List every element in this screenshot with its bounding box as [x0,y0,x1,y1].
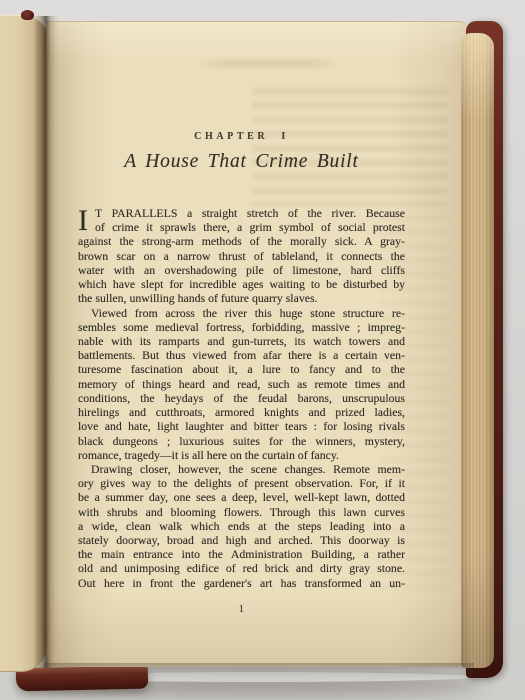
spine-headband [21,10,34,20]
body-line: romance, tragedy—it is all here on the c… [78,448,405,462]
body-line: of crime it sprawls there, a grim symbol… [78,220,405,234]
body-line: love and hate, light laughter and bitter… [78,419,405,433]
body-line: stately doorway, broad and high and arch… [78,533,405,547]
body-line: a wide, clean walk which ends at the ste… [78,519,405,533]
body-line: hirelings and cutthroats, armored knight… [78,405,405,419]
chapter-heading: CHAPTER I [78,131,405,142]
body-line: old and unimposing edifice of red brick … [78,561,405,575]
body-line: black dungeons ; luxurious suites for th… [78,434,405,448]
body-line: against the strong-arm methods of the mo… [78,234,405,248]
body-line: battlements. But thus viewed from afar t… [78,348,405,362]
body-line: conditions, the heydays of the feudal ba… [78,391,405,405]
body-line: the main entrance into the Administratio… [78,547,405,561]
body-line: water with an overshadowing pile of lime… [78,263,405,277]
body-line: ory gives way to the delights of present… [78,476,405,490]
page-edges-stack [461,33,494,668]
body-text: T PARALLELS a straight stretch of the ri… [78,206,405,590]
body-line: sembles some medieval fortress, forbiddi… [78,320,405,334]
body-line: memory of things heard and read, such as… [78,377,405,391]
chapter-title: A House That Crime Built [70,151,413,173]
body-line: brown scar on a narrow thrust of tablela… [78,249,405,263]
body-line: turesome fascination about it, a lure to… [78,362,405,376]
body-line: the sullen, unwilling hands of future qu… [78,291,405,305]
body-line: be a summer day, one sees a deep, level,… [78,490,405,504]
body-line: Viewed from across the river this huge s… [78,306,405,320]
body-line: T PARALLELS a straight stretch of the ri… [78,206,405,220]
body-line: Drawing closer, however, the scene chang… [78,462,405,476]
gutter-shadow [33,16,60,668]
body-line: Out here in front the gardener's art has… [78,576,405,590]
page-bottom-shadow [44,663,474,679]
body-line: with shrubs and blooming flowers. Throug… [78,505,405,519]
page-number: 1 [78,604,405,615]
book-photo: CHAPTER I A House That Crime Built I T P… [0,0,525,700]
body-line: which have slept for incredible ages wai… [78,277,405,291]
body-line: nable with its ramparts and gun-turrets,… [78,334,405,348]
